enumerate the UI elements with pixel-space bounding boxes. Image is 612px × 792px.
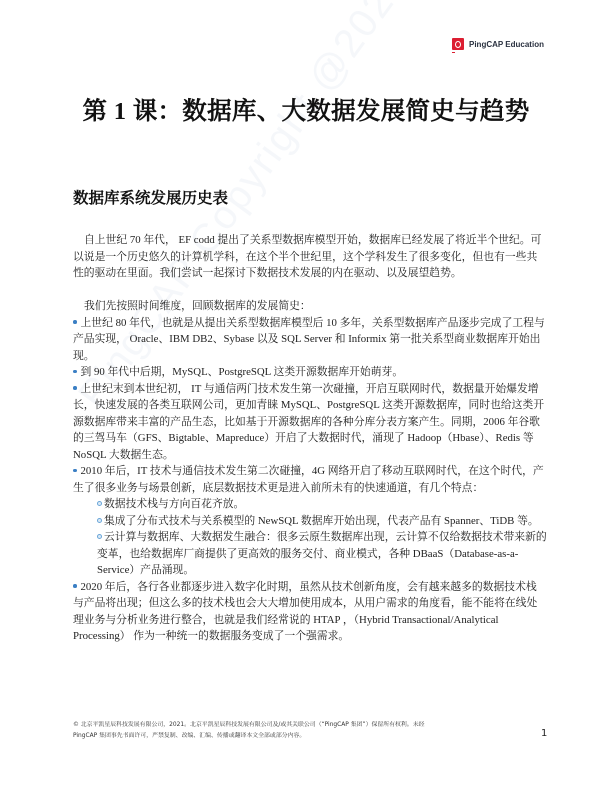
bullet-icon bbox=[73, 386, 77, 390]
list-item-text: 上世纪 80 年代，也就是从提出关系型数据库模型后 10 多年，关系型数据库产品… bbox=[73, 317, 545, 362]
bullet-icon bbox=[73, 584, 77, 588]
sub-bullet-icon bbox=[97, 518, 102, 523]
intro-paragraph: 自上世纪 70 年代， EF codd 提出了关系型数据库模型开始，数据库已经发… bbox=[73, 232, 547, 282]
list-item: 上世纪 80 年代，也就是从提出关系型数据库模型后 10 多年，关系型数据库产品… bbox=[73, 315, 547, 365]
lead-paragraph: 我们先按照时间维度，回顾数据库的发展简史： bbox=[73, 298, 547, 315]
bullet-icon bbox=[73, 320, 77, 324]
list-item-text: 上世纪末到本世纪初， IT 与通信两门技术发生第一次碰撞，开启互联网时代，数据量… bbox=[73, 383, 544, 461]
copyright-footer: © 北京平凯星辰科技发展有限公司，2021。北京平凯星辰科技发展有限公司及/或其… bbox=[73, 720, 523, 742]
pingcap-logo-icon bbox=[452, 38, 464, 50]
list-item-text: 2010 年后，IT 技术与通信技术发生第二次碰撞，4G 网络开启了移动互联网时… bbox=[73, 465, 544, 494]
bullet-icon bbox=[73, 469, 77, 473]
list-item: 上世纪末到本世纪初， IT 与通信两门技术发生第一次碰撞，开启互联网时代，数据量… bbox=[73, 381, 547, 464]
brand-text: PingCAP Education bbox=[469, 40, 544, 49]
list-item: 2020 年后，各行各业都逐步进入数字化时期，虽然从技术创新角度，会有越来越多的… bbox=[73, 579, 547, 645]
sub-bullet-icon bbox=[97, 501, 102, 506]
brand-header: PingCAP Education bbox=[452, 38, 544, 50]
sub-list-item-text: 云计算与数据库、大数据发生融合：很多云原生数据库出现，云计算不仅给数据技术带来新… bbox=[97, 531, 547, 576]
sub-list-item-text: 数据技术栈与方向百花齐放。 bbox=[104, 498, 244, 510]
sub-list-item: 云计算与数据库、大数据发生融合：很多云原生数据库出现，云计算不仅给数据技术带来新… bbox=[73, 529, 547, 579]
list-item: 2010 年后，IT 技术与通信技术发生第二次碰撞，4G 网络开启了移动互联网时… bbox=[73, 463, 547, 496]
copyright-line-2: PingCAP 集团事先书面许可，严禁复制、改编、汇编、传播或翻译本文全部或部分… bbox=[73, 731, 523, 742]
list-item-text: 到 90 年代中后期，MySQL、PostgreSQL 这类开源数据库开始萌芽。 bbox=[81, 366, 404, 378]
page-number: 1 bbox=[541, 728, 547, 739]
bullet-icon bbox=[73, 370, 77, 374]
sub-list-item: 数据技术栈与方向百花齐放。 bbox=[73, 496, 547, 513]
list-item-text: 2020 年后，各行各业都逐步进入数字化时期，虽然从技术创新角度，会有越来越多的… bbox=[73, 581, 537, 643]
sub-list-item: 集成了分布式技术与关系模型的 NewSQL 数据库开始出现，代表产品有 Span… bbox=[73, 513, 547, 530]
list-item: 到 90 年代中后期，MySQL、PostgreSQL 这类开源数据库开始萌芽。 bbox=[73, 364, 547, 381]
copyright-line-1: © 北京平凯星辰科技发展有限公司，2021。北京平凯星辰科技发展有限公司及/或其… bbox=[73, 720, 523, 731]
sub-list-item-text: 集成了分布式技术与关系模型的 NewSQL 数据库开始出现，代表产品有 Span… bbox=[104, 515, 539, 527]
page-title: 第 1 课：数据库、大数据发展简史与趋势 bbox=[0, 92, 612, 127]
paragraph-spacer bbox=[73, 282, 547, 299]
sub-bullet-icon bbox=[97, 534, 102, 539]
section-title: 数据库系统发展历史表 bbox=[73, 186, 228, 208]
document-body: 自上世纪 70 年代， EF codd 提出了关系型数据库模型开始，数据库已经发… bbox=[73, 232, 547, 645]
